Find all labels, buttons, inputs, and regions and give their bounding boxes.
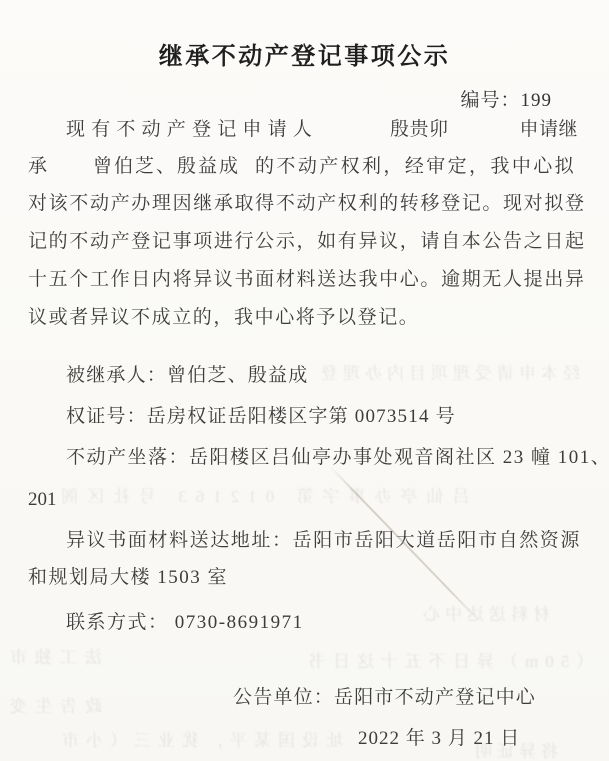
- doc-number: 编号：199: [460, 85, 552, 112]
- paragraph-line-5: 十五个工作日内将异议书面材料送达我中心。逾期无人提出异: [28, 266, 585, 294]
- line1-tail-text: 申请继: [520, 116, 579, 144]
- line2-lead-text: 承: [28, 153, 47, 181]
- field-objection-address-cont: 和规划局大楼 1503 室: [28, 564, 585, 592]
- blank-gap: [318, 134, 390, 135]
- ink-bleed-artifact: 法工独市: [2, 643, 102, 668]
- ink-bleed-artifact: 政告生变: [2, 692, 102, 717]
- issuing-authority: 公告单位：岳阳市不动产登记中心: [233, 682, 536, 709]
- applicant-name: 殷贵卯: [390, 116, 449, 144]
- field-contact-phone: 联系方式： 0730-8691971: [28, 609, 585, 637]
- page-title: 继承不动产登记事项公示: [0, 36, 609, 71]
- paragraph-line-4: 记的不动产登记事项进行公示，如有异议，请自本公告之日起: [28, 228, 585, 256]
- issue-date: 2022 年 3 月 21 日: [358, 723, 520, 750]
- blank-gap: [47, 171, 93, 172]
- field-property-location-cont: 201: [28, 486, 585, 514]
- scanned-notice-page: 继承不动产登记事项公示 编号：199 现有不动产登记申请人 殷贵卯 申请继 承 …: [0, 0, 609, 761]
- line1-lead-text: 现有不动产登记申请人: [66, 116, 318, 144]
- line2-tail-text: 的不动产权利，经审定，我中心拟: [255, 153, 576, 181]
- ink-bleed-artifact: 址设国某平，犹业三（小市: [55, 726, 343, 751]
- blank-gap: [449, 134, 520, 135]
- field-certificate-number: 权证号：岳房权证岳阳楼区字第 0073514 号: [28, 403, 585, 431]
- field-property-location: 不动产坐落：岳阳楼区吕仙亭办事处观音阁社区 23 幢 101、: [28, 444, 585, 472]
- field-decedents: 被继承人：曾伯芝、殷益成: [28, 362, 585, 390]
- paragraph-line-6: 议或者异议不成立的，我中心将予以登记。: [28, 304, 585, 332]
- field-objection-address: 异议书面材料送达地址：岳阳市岳阳大道岳阳市自然资源: [28, 527, 585, 555]
- paragraph-line-1: 现有不动产登记申请人 殷贵卯 申请继: [28, 116, 585, 144]
- paragraph-line-3: 对该不动产办理因继承取得不动产权利的转移登记。现对拟登: [28, 190, 585, 218]
- ink-bleed-artifact: （50m）异日不五十这日书: [302, 647, 593, 672]
- blank-gap: [240, 171, 255, 172]
- decedent-names: 曾伯芝、殷益成: [93, 153, 240, 181]
- paragraph-line-2: 承 曾伯芝、殷益成 的不动产权利，经审定，我中心拟: [28, 153, 585, 181]
